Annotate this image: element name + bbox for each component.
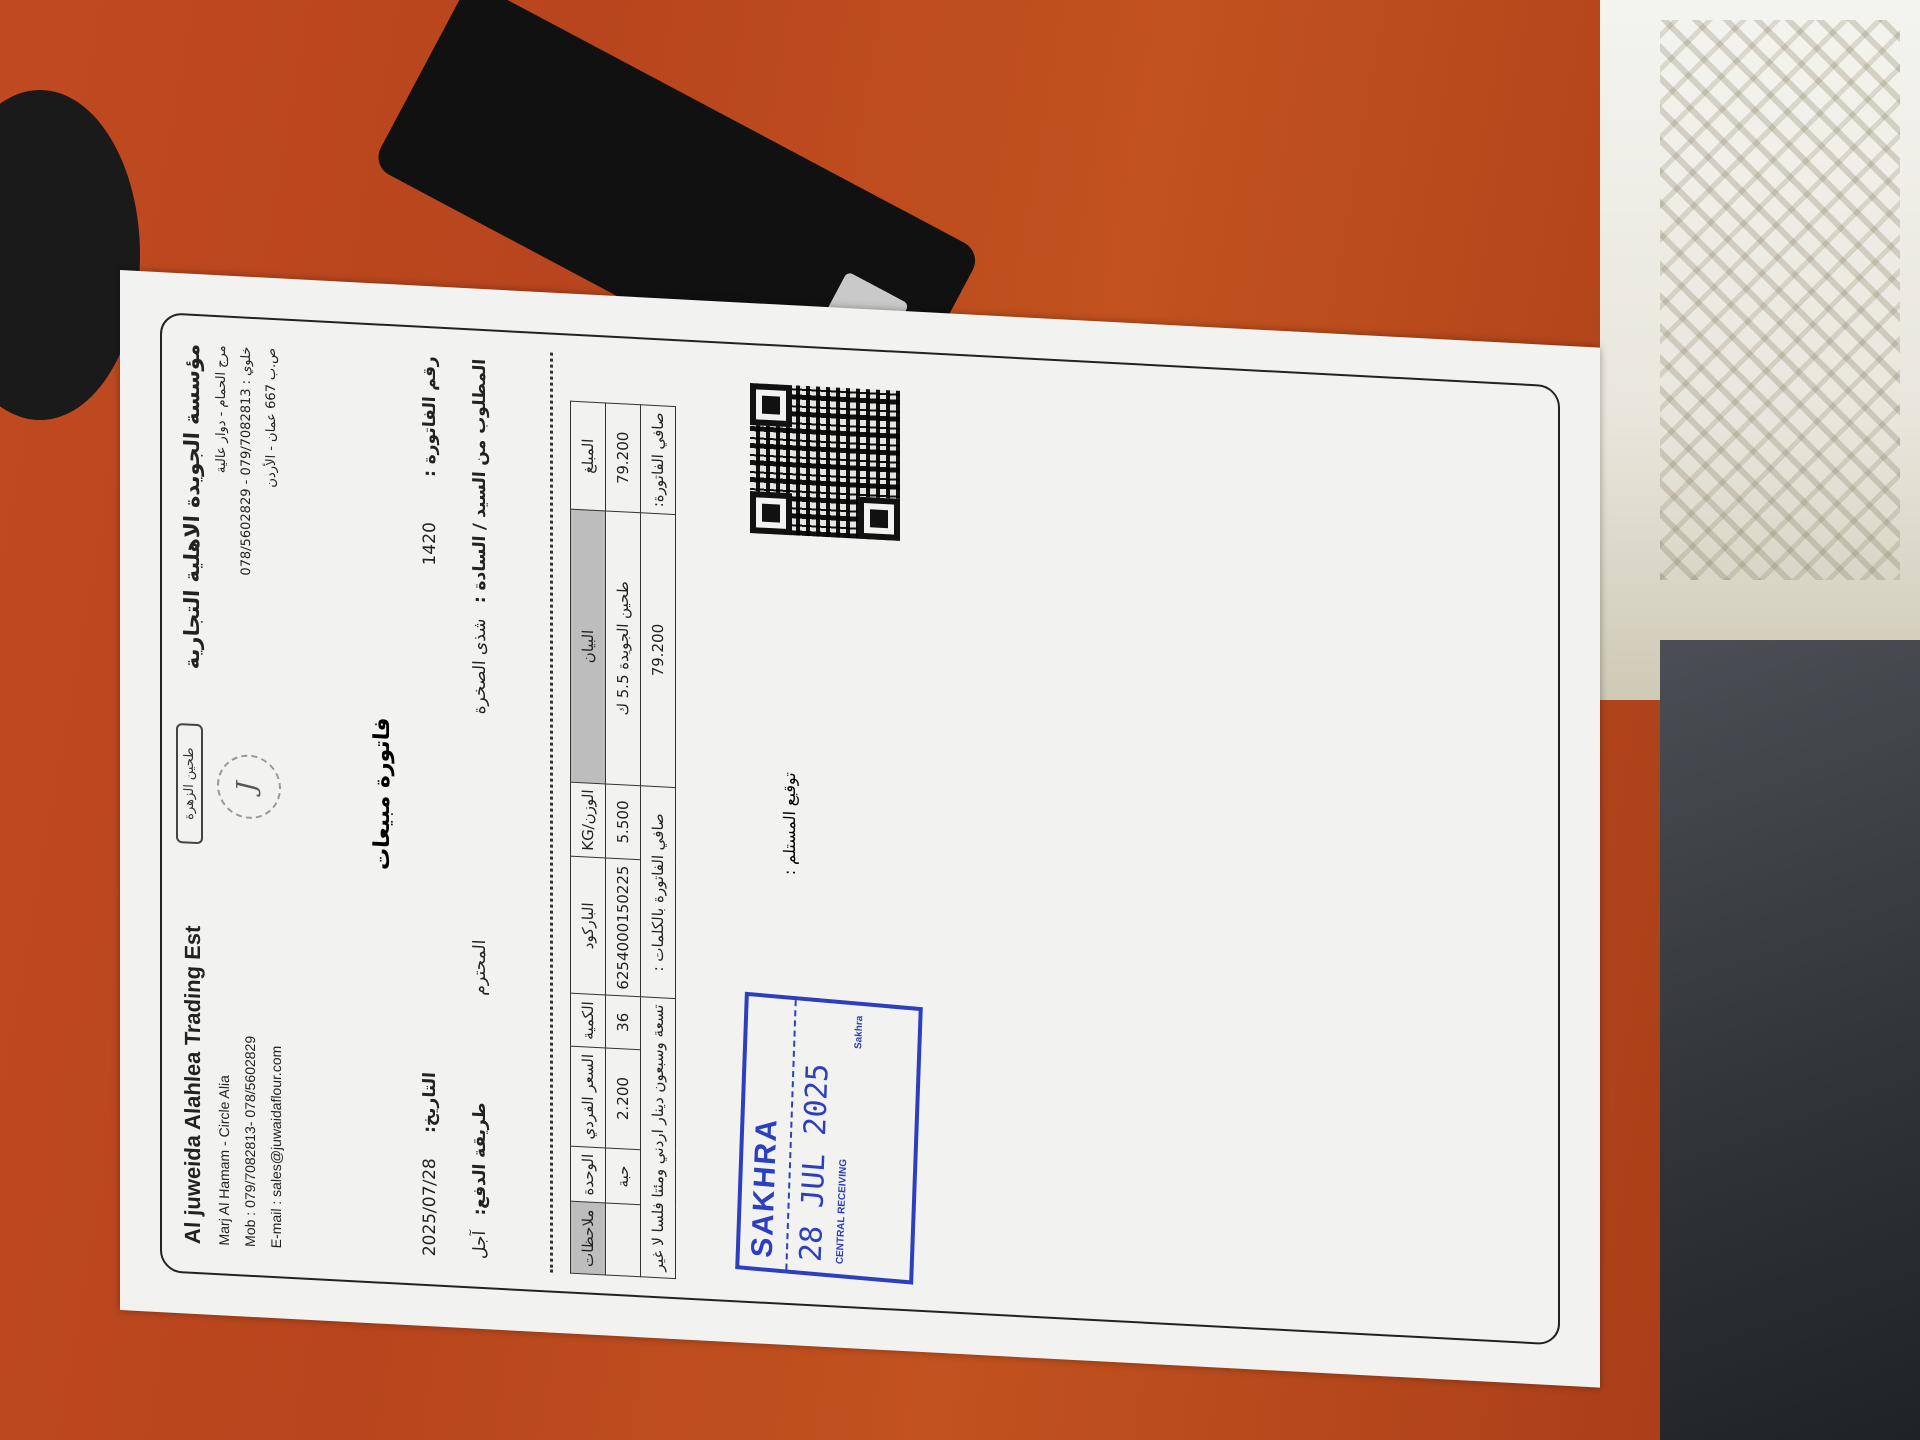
table-row: 79.200 طحين الجويدة 5.5 ك 5.500 62540001… [606,403,641,1277]
company-email-en: E-mail : sales@juwaidaflour.com [268,828,284,1249]
receiver-signature: توقيع المستلم : [780,772,799,876]
col-notes: ملاحظات [571,1201,606,1274]
qr-finder-icon [858,497,900,541]
company-name-ar: مؤسسة الجويدة الاهلية التجارية [180,343,204,764]
company-name-en: Al juweida Alahlea Trading Est [180,823,206,1244]
date-label: التاريخ: [420,1072,440,1134]
company-pobox-ar: ص.ب 667 عمان - الأردن [264,348,279,769]
invoice-photo: Al juweida Alahlea Trading Est Marj Al H… [120,200,1760,1340]
qr-code-icon [750,383,900,541]
cell-notes [606,1203,641,1276]
amount-in-words: تسعة وسبعون دينار اردني ومئتا فلسا لا غي… [641,997,676,1279]
invoice-number: 1420 [420,522,440,566]
company-header-ar: مؤسسة الجويدة الاهلية التجارية مرج الحما… [180,343,279,768]
company-mobile-ar: خلوي : 079/7082813 - 078/5602829 [239,346,254,767]
cell-weight: 5.500 [606,784,641,860]
company-address-ar: مرج الحمام - دوار عالية [214,345,229,766]
amount-in-words-label: صافي الفاتورة بالكلمات : [641,786,676,999]
qr-finder-icon [750,491,792,535]
receiving-stamp: SAKHRA 28 JUL 2025 CENTRAL RECEIVING Sak… [735,992,923,1285]
invoice-date: 2025/07/28 [420,1158,440,1257]
cell-unit-price: 2.200 [606,1047,641,1149]
table-header-row: المبلغ البيان الوزن/KG الباركود الكمية ا… [571,401,606,1275]
col-unit: الوحدة [571,1146,606,1203]
payment-method: آجل [470,1230,490,1259]
col-quantity: الكمية [571,993,606,1047]
cell-description: طحين الجويدة 5.5 ك [606,511,641,786]
customer-label: المطلوب من السيد / السادة : [470,358,490,603]
col-barcode: الباركود [571,856,606,995]
invoice-number-label: رقم الفاتورة : [420,356,440,478]
qr-finder-icon [750,383,792,427]
dotted-divider [550,353,553,1273]
customer-name: شذى الصخرة [470,618,490,715]
payment-label: طريقة الدفع: [470,1102,490,1216]
items-table: المبلغ البيان الوزن/KG الباركود الكمية ا… [570,401,676,1279]
col-weight: الوزن/KG [571,782,606,858]
invoice-meta: رقم الفاتورة : 1420 التاريخ: 2025/07/28 … [420,356,540,1262]
cell-unit: حبة [606,1148,641,1205]
invoice-paper: Al juweida Alahlea Trading Est Marj Al H… [120,270,1600,1388]
col-unit-price: السعر الفردي [571,1046,606,1148]
company-header-en: Al juweida Alahlea Trading Est Marj Al H… [180,823,284,1248]
cell-quantity: 36 [606,995,641,1049]
company-address-en: Marj Al Hamam - Circle Alia [216,825,232,1246]
net-total-row: صافي الفاتورة: 79.200 صافي الفاتورة بالك… [641,405,676,1279]
document-title: فاتورة مبيعات [370,683,395,904]
cell-amount: 79.200 [606,403,641,513]
net-total-value: 79.200 [641,513,676,788]
col-description: البيان [571,509,606,784]
cell-barcode: 6254000150225 [606,858,641,997]
respected-label: المحترم [470,939,490,996]
company-mobile-en: Mob : 079/7082813- 078/5602829 [242,826,258,1247]
col-amount: المبلغ [571,401,606,511]
net-total-label: صافي الفاتورة: [641,405,676,515]
